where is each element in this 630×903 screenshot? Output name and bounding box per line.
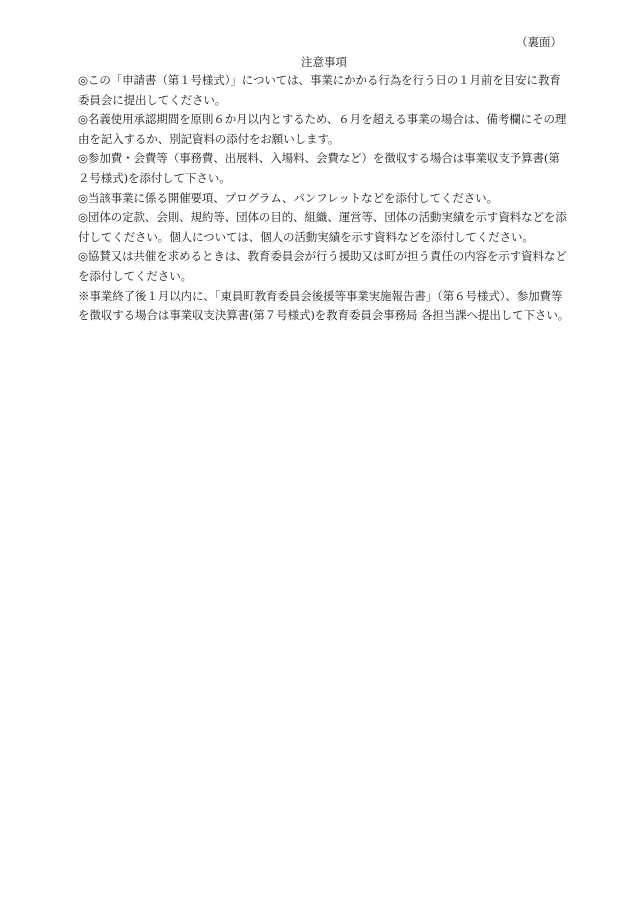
note-item: ◎この「申請書（第１号様式）」については、事業にかかる行為を行う日の１月前を目安… bbox=[78, 71, 570, 110]
note-item: ◎参加費・会費等（事務費、出展料、入場料、会費など）を徴収する場合は事業収支予算… bbox=[78, 149, 570, 188]
note-item: ◎当該事業に係る開催要項、プログラム、パンフレットなどを添付してください。 bbox=[78, 189, 570, 209]
note-item: ◎団体の定款、会則、規約等、団体の目的、組織、運営等、団体の活動実績を示す資料な… bbox=[78, 208, 570, 247]
note-item: ※事業終了後１月以内に、「東員町教育委員会後援等事業実施報告書」（第６号様式）、… bbox=[78, 287, 570, 326]
note-item: ◎名義使用承認期間を原則６か月以内とするため、６月を超える事業の場合は、備考欄に… bbox=[78, 110, 570, 149]
document-page: （裏面） 注意事項 ◎この「申請書（第１号様式）」については、事業にかかる行為を… bbox=[78, 33, 570, 326]
note-item: ◎協賛又は共催を求めるときは、教育委員会が行う援助又は町が担う責任の内容を示す資… bbox=[78, 247, 570, 286]
reverse-side-label: （裏面） bbox=[78, 33, 570, 51]
page-title: 注意事項 bbox=[78, 53, 570, 71]
